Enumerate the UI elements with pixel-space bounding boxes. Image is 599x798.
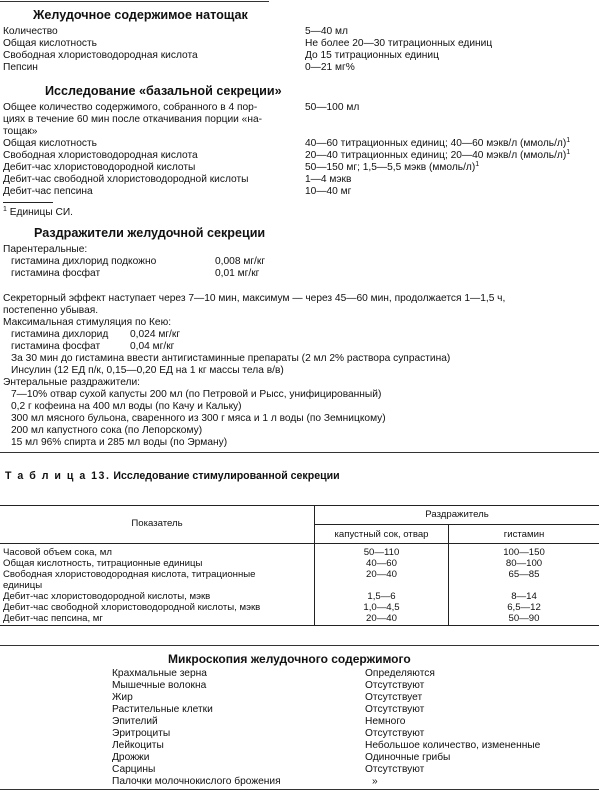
fasting-row: Свободная хлористоводородная кислотаДо 1…	[0, 50, 599, 62]
kay-1-dose: 0,024 мг/кг	[130, 329, 180, 340]
row-label: Эпителий	[112, 716, 158, 727]
basal-total-value: 50—100 мл	[305, 102, 359, 113]
kay-2-name: гистамина фосфат	[11, 341, 100, 352]
enteral-item: 300 мл мясного бульона, сваренного из 30…	[11, 413, 386, 424]
microscopy-row: ЛейкоцитыНебольшое количество, измененны…	[0, 740, 599, 752]
table-group-rule	[315, 524, 599, 525]
section-rule	[0, 452, 599, 453]
row-value-text: 40—60 титрационных единиц; 40—60 мэкв/л …	[305, 138, 566, 149]
table-cell-cabbage: 1,5—6	[315, 591, 448, 602]
row-label: Дебит-час хлористоводородной кислоты	[3, 162, 195, 173]
footnote-ref: 1	[566, 137, 570, 144]
row-label: Лейкоциты	[112, 740, 164, 751]
row-value: 0—21 мг%	[305, 62, 355, 73]
table-caption: Т а б л и ц а 13. Исследование стимулиро…	[5, 470, 340, 482]
table-cell-cabbage: 50—110	[315, 547, 448, 558]
row-value: До 15 титрационных единиц	[305, 50, 439, 61]
parenteral-2-name: гистамина фосфат	[11, 268, 100, 279]
microscopy-row: ЭритроцитыОтсутствуют	[0, 728, 599, 740]
row-value: 10—40 мг	[305, 186, 351, 197]
footnote-text: Единицы СИ.	[10, 207, 73, 218]
row-label: Сарцины	[112, 764, 155, 775]
table-row-label: единицы	[3, 580, 42, 591]
table-cell-histamine: 80—100	[449, 558, 599, 569]
row-value: Отсутствуют	[365, 764, 424, 775]
row-label: Общая кислотность	[3, 138, 97, 149]
top-rule	[0, 1, 269, 2]
row-label: Дрожжи	[112, 752, 149, 763]
microscopy-row: Растительные клеткиОтсутствуют	[0, 704, 599, 716]
table-row-label: Общая кислотность, титрационные единицы	[3, 558, 202, 569]
row-value: Отсутствуют	[365, 704, 424, 715]
table-cell-histamine: 50—90	[449, 613, 599, 624]
table-cell-cabbage: 1,0—4,5	[315, 602, 448, 613]
row-value: Отсутствуют	[365, 680, 424, 691]
kay-1-name: гистамина дихлорид	[11, 329, 108, 340]
enteral-item: 7—10% отвар сухой капусты 200 мл (по Пет…	[11, 389, 381, 400]
row-value: 40—60 титрационных единиц; 40—60 мэкв/л …	[305, 138, 570, 149]
row-label: Свободная хлористоводородная кислота	[3, 150, 198, 161]
effect-line-2: постепенно убывая.	[3, 305, 98, 316]
table-top-rule	[0, 505, 599, 506]
row-value: Отсутствует	[365, 692, 422, 703]
table-row-label: Дебит-час свободной хлористоводородной к…	[3, 602, 260, 613]
fasting-row: Общая кислотностьНе более 20—30 титрацио…	[0, 38, 599, 50]
table-cell-cabbage: 20—40	[315, 613, 448, 624]
row-label: Дебит-час свободной хлористоводородной к…	[3, 174, 248, 185]
fasting-title: Желудочное содержимое натощак	[33, 8, 248, 22]
row-value-text: 20—40 титрационных единиц; 20—40 мэкв/л …	[305, 150, 566, 161]
row-value: 20—40 титрационных единиц; 20—40 мэкв/л …	[305, 150, 570, 161]
table-cell-cabbage: 20—40	[315, 569, 448, 580]
footnote-mark: 1	[3, 206, 7, 213]
footnote: 1 Единицы СИ.	[3, 207, 73, 218]
microscopy-row: ДрожжиОдиночные грибы	[0, 752, 599, 764]
basal-row: Дебит-час свободной хлористоводородной к…	[0, 174, 599, 186]
basal-row: Дебит-час хлористоводородной кислоты50—1…	[0, 162, 599, 174]
basal-total-label-2: циях в течение 60 мин после откачивания …	[3, 114, 262, 125]
row-value: Не более 20—30 титрационных единиц	[305, 38, 492, 49]
microscopy-row: СарциныОтсутствуют	[0, 764, 599, 776]
microscopy-row: ЭпителийНемного	[0, 716, 599, 728]
header-group: Раздражитель	[315, 509, 599, 520]
enteral-label: Энтеральные раздражители:	[3, 377, 140, 388]
basal-row: Дебит-час пепсина10—40 мг	[0, 186, 599, 198]
basal-row: Свободная хлористоводородная кислота20—4…	[0, 150, 599, 162]
table-cell-histamine: 6,5—12	[449, 602, 599, 613]
kay-label: Максимальная стимуляция по Кею:	[3, 317, 171, 328]
fasting-row: Количество5—40 мл	[0, 26, 599, 38]
enteral-item: 0,2 г кофеина на 400 мл воды (по Качу и …	[11, 401, 242, 412]
table-cell-histamine: 100—150	[449, 547, 599, 558]
row-label: Свободная хлористоводородная кислота	[3, 50, 198, 61]
row-label: Мышечные волокна	[112, 680, 206, 691]
note-insulin: Инсулин (12 ЕД п/к, 0,15—0,20 ЕД на 1 кг…	[11, 365, 284, 376]
row-label: Дебит-час пепсина	[3, 186, 93, 197]
microscopy-bottom-rule	[0, 789, 599, 790]
footnote-ref: 1	[475, 161, 479, 168]
row-label: Эритроциты	[112, 728, 170, 739]
parenteral-1-name: гистамина дихлорид подкожно	[11, 256, 156, 267]
row-value: 5—40 мл	[305, 26, 348, 37]
row-label: Общая кислотность	[3, 38, 97, 49]
row-value: Немного	[365, 716, 405, 727]
row-label: Жир	[112, 692, 133, 703]
microscopy-row: Палочки молочнокислого брожения»	[0, 776, 599, 788]
row-label: Крахмальные зерна	[112, 668, 207, 679]
row-label: Пепсин	[3, 62, 38, 73]
microscopy-row: ЖирОтсутствует	[0, 692, 599, 704]
row-value: 1—4 мэкв	[305, 174, 351, 185]
header-indicator: Показатель	[0, 518, 314, 529]
basal-title: Исследование «базальной секреции»	[45, 84, 282, 98]
basal-total-label-3: тощак»	[3, 126, 37, 137]
basal-row: Общая кислотность40—60 титрационных един…	[0, 138, 599, 150]
fasting-row: Пепсин0—21 мг%	[0, 62, 599, 74]
note-antihistamine: За 30 мин до гистамина ввести антигистам…	[11, 353, 450, 364]
table-header-rule	[0, 543, 599, 544]
kay-2-dose: 0,04 мг/кг	[130, 341, 174, 352]
table-caption-title: Исследование стимулированной секреции	[113, 470, 339, 482]
row-value: »	[372, 776, 378, 787]
stimulants-title: Раздражители желудочной секреции	[34, 226, 265, 240]
row-value: Отсутствуют	[365, 728, 424, 739]
effect-line-1: Секреторный эффект наступает через 7—10 …	[3, 293, 505, 304]
row-label: Палочки молочнокислого брожения	[112, 776, 281, 787]
footnote-ref: 1	[566, 149, 570, 156]
microscopy-title: Микроскопия желудочного содержимого	[168, 652, 411, 666]
table-cell-histamine: 8—14	[449, 591, 599, 602]
row-value: Одиночные грибы	[365, 752, 450, 763]
table-row-label: Свободная хлористоводородная кислота, ти…	[3, 569, 256, 580]
table-cell-cabbage: 40—60	[315, 558, 448, 569]
row-label: Количество	[3, 26, 58, 37]
table-row-label: Дебит-час хлористоводородной кислоты, мэ…	[3, 591, 210, 602]
table-caption-prefix: Т а б л и ц а 13.	[5, 470, 110, 482]
row-value-text: 1—4 мэкв	[305, 174, 351, 185]
table-bottom-rule	[0, 625, 599, 626]
microscopy-row: Крахмальные зернаОпределяются	[0, 668, 599, 680]
enteral-item: 200 мл капустного сока (по Лепорскому)	[11, 425, 202, 436]
enteral-item: 15 мл 96% спирта и 285 мл воды (по Эрман…	[11, 437, 227, 448]
row-value: Определяются	[365, 668, 435, 679]
header-col-cabbage: капустный сок, отвар	[315, 529, 448, 540]
row-value-text: 50—150 мг; 1,5—5,5 мэкв (ммоль/л)	[305, 162, 475, 173]
footnote-rule	[3, 202, 53, 203]
table-row-label: Дебит-час пепсина, мг	[3, 613, 103, 624]
parenteral-label: Парентеральные:	[3, 244, 87, 255]
table-row-label: Часовой объем сока, мл	[3, 547, 112, 558]
microscopy-row: Мышечные волокнаОтсутствуют	[0, 680, 599, 692]
row-value: Небольшое количество, измененные	[365, 740, 540, 751]
header-col-histamine: гистамин	[449, 529, 599, 540]
parenteral-1-dose: 0,008 мг/кг	[215, 256, 265, 267]
microscopy-top-rule	[0, 645, 599, 646]
row-label: Растительные клетки	[112, 704, 213, 715]
row-value-text: 10—40 мг	[305, 186, 351, 197]
basal-total-label-1: Общее количество содержимого, собранного…	[3, 102, 257, 113]
table-cell-histamine: 65—85	[449, 569, 599, 580]
row-value: 50—150 мг; 1,5—5,5 мэкв (ммоль/л)1	[305, 162, 479, 173]
parenteral-2-dose: 0,01 мг/кг	[215, 268, 259, 279]
